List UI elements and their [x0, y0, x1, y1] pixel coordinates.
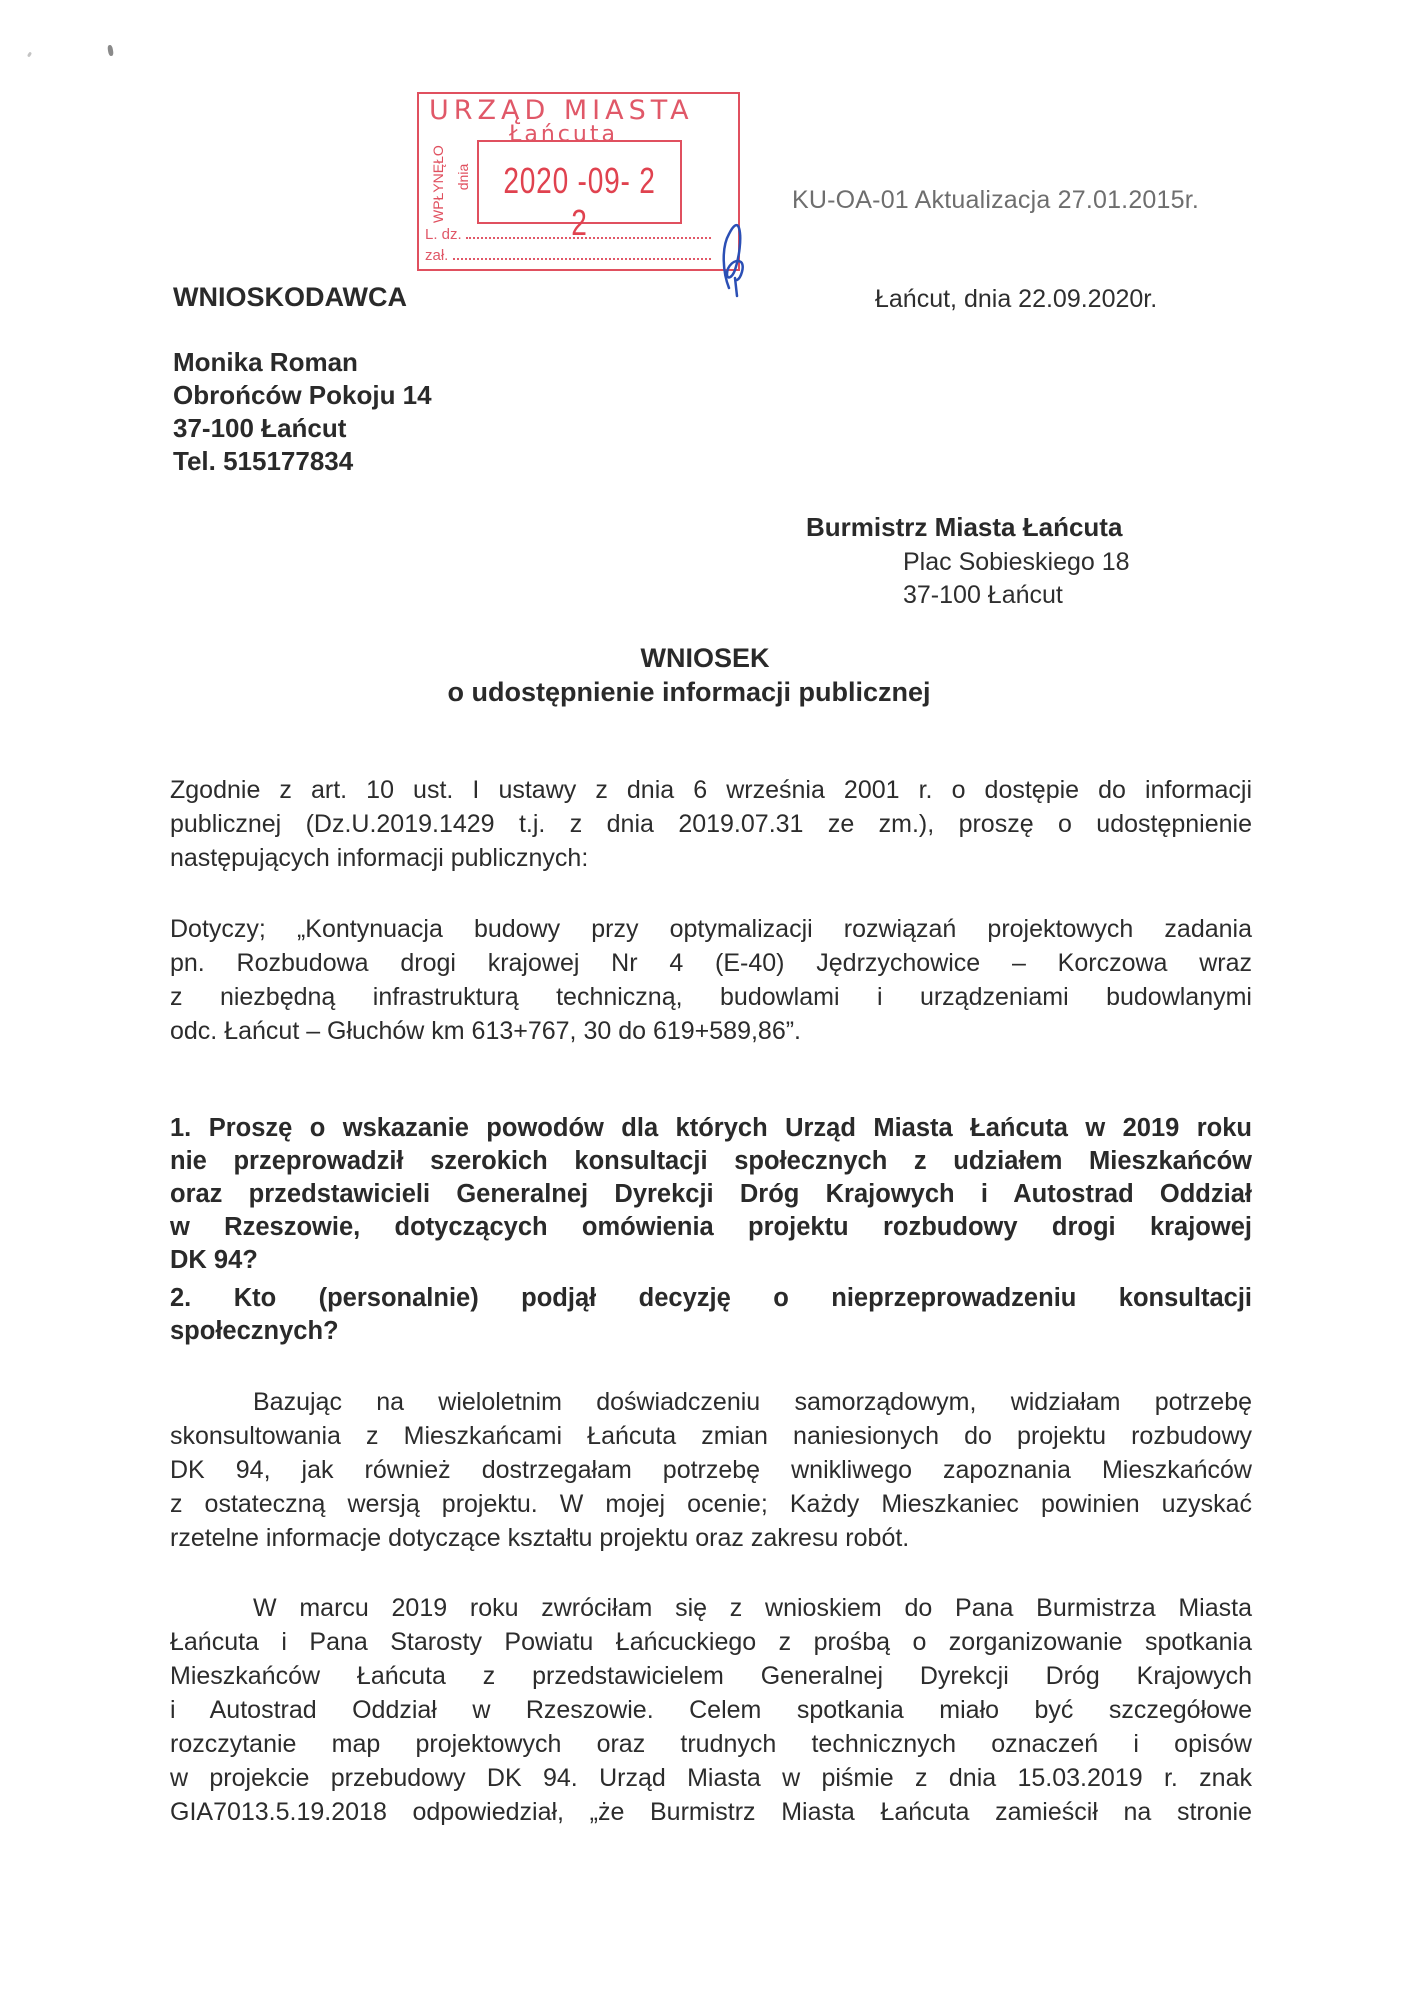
stamp-attachments-label: zał.	[425, 247, 448, 264]
text-line: Zgodnie z art. 10 ust. I ustawy z dnia 6…	[170, 773, 1252, 807]
stamp-day-label: dnia	[455, 164, 471, 190]
stamp-register-label: L. dz.	[425, 226, 462, 243]
recipient-street: Plac Sobieskiego 18	[903, 546, 1130, 579]
document-reference: KU-OA-01 Aktualizacja 27.01.2015r.	[792, 186, 1199, 215]
dotted-line	[453, 258, 711, 260]
handwritten-initial-icon	[715, 218, 755, 298]
paragraph-justification-2: W marcu 2019 roku zwróciłam się z wniosk…	[170, 1591, 1252, 1829]
text-line: w Rzeszowie, dotyczących omówienia proje…	[170, 1211, 1252, 1244]
text-line: publicznej (Dz.U.2019.1429 t.j. z dnia 2…	[170, 807, 1252, 841]
text-line: 2. Kto (personalnie) podjął decyzję o ni…	[170, 1282, 1252, 1315]
applicant-address-block: Monika Roman Obrońców Pokoju 14 37-100 Ł…	[173, 346, 432, 478]
paragraph-legal-basis: Zgodnie z art. 10 ust. I ustawy z dnia 6…	[170, 773, 1252, 875]
stamp-date-box: 2020 -09- 2 2	[477, 140, 682, 224]
scan-speck	[107, 45, 114, 57]
applicant-postal-city: 37-100 Łańcut	[173, 412, 432, 445]
text-line: z ostateczną wersją projektu. W mojej oc…	[170, 1487, 1252, 1521]
text-line: DK 94, jak również dostrzegałam potrzebę…	[170, 1453, 1252, 1487]
document-title: WNIOSEK	[0, 643, 1412, 674]
dotted-line	[466, 237, 711, 239]
text-line: następujących informacji publicznych:	[170, 841, 1252, 875]
text-line: społecznych?	[170, 1315, 1252, 1348]
text-line: w projekcie przebudowy DK 94. Urząd Mias…	[170, 1761, 1252, 1795]
question-1: 1. Proszę o wskazanie powodów dla któryc…	[170, 1112, 1252, 1277]
text-line: Łańcuta i Pana Starosty Powiatu Łańcucki…	[170, 1625, 1252, 1659]
text-line: DK 94?	[170, 1244, 1252, 1277]
scan-speck	[27, 52, 32, 58]
paragraph-justification-1: Bazując na wieloletnim doświadczeniu sam…	[170, 1385, 1252, 1555]
text-line: W marcu 2019 roku zwróciłam się z wniosk…	[170, 1591, 1252, 1625]
place-and-date: Łańcut, dnia 22.09.2020r.	[875, 285, 1157, 314]
text-line: skonsultowania z Mieszkańcami Łańcuta zm…	[170, 1419, 1252, 1453]
text-line: rozczytanie map projektowych oraz trudny…	[170, 1727, 1252, 1761]
registry-stamp: URZĄD MIASTA Łańcuta WPŁYNĘŁO dnia 2020 …	[417, 92, 740, 271]
text-line: Mieszkańców Łańcuta z przedstawicielem G…	[170, 1659, 1252, 1693]
text-line: rzetelne informacje dotyczące kształtu p…	[170, 1521, 1252, 1555]
text-line: 1. Proszę o wskazanie powodów dla któryc…	[170, 1112, 1252, 1145]
text-line: Dotyczy; „Kontynuacja budowy przy optyma…	[170, 912, 1252, 946]
text-line: z niezbędną infrastrukturą techniczną, b…	[170, 980, 1252, 1014]
text-line: i Autostrad Oddział w Rzeszowie. Celem s…	[170, 1693, 1252, 1727]
text-line: GIA7013.5.19.2018 odpowiedział, „że Burm…	[170, 1795, 1252, 1829]
stamp-attachments-line: zał.	[425, 247, 711, 264]
stamp-register-line: L. dz.	[425, 226, 711, 243]
text-line: pn. Rozbudowa drogi krajowej Nr 4 (E-40)…	[170, 946, 1252, 980]
paragraph-subject: Dotyczy; „Kontynuacja budowy przy optyma…	[170, 912, 1252, 1048]
recipient-postal-city: 37-100 Łańcut	[903, 579, 1130, 612]
question-2: 2. Kto (personalnie) podjął decyzję o ni…	[170, 1282, 1252, 1348]
applicant-phone: Tel. 515177834	[173, 445, 432, 478]
text-line: odc. Łańcut – Głuchów km 613+767, 30 do …	[170, 1014, 1252, 1048]
recipient-name: Burmistrz Miasta Łańcuta	[806, 512, 1122, 543]
text-line: oraz przedstawicieli Generalnej Dyrekcji…	[170, 1178, 1252, 1211]
applicant-name: Monika Roman	[173, 346, 432, 379]
text-line: nie przeprowadził szerokich konsultacji …	[170, 1145, 1252, 1178]
stamp-received-label: WPŁYNĘŁO	[430, 153, 446, 223]
document-subtitle: o udostępnienie informacji publicznej	[0, 677, 1396, 708]
text-line: Bazując na wieloletnim doświadczeniu sam…	[170, 1385, 1252, 1419]
applicant-label: WNIOSKODAWCA	[173, 282, 407, 313]
recipient-address: Plac Sobieskiego 18 37-100 Łańcut	[903, 546, 1130, 612]
applicant-street: Obrońców Pokoju 14	[173, 379, 432, 412]
